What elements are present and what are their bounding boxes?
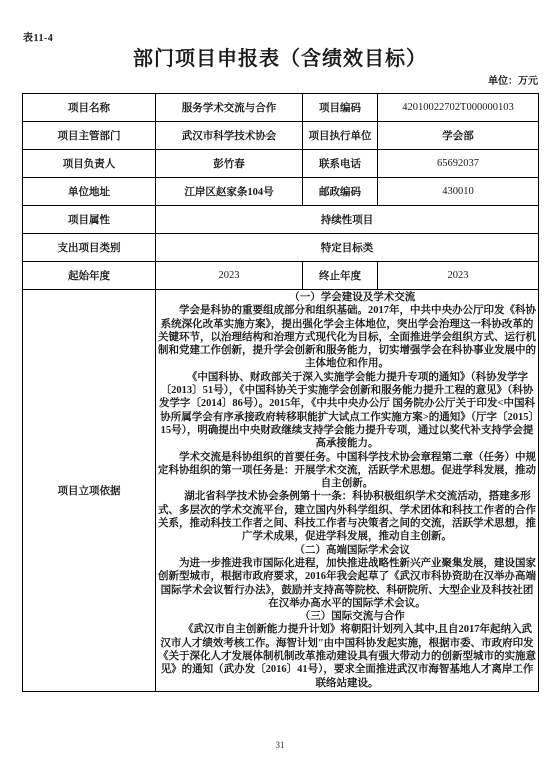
table-row: 项目负责人 彭竹春 联系电话 65692037	[23, 150, 539, 178]
table-row: 起始年度 2023 终止年度 2023	[23, 262, 539, 290]
expenditure-category-value: 特定目标类	[156, 234, 539, 262]
postal-code-label: 邮政编码	[303, 178, 378, 206]
basis-paragraph: 学会是科协的重要组成部分和组织基础。2017年，中共中央办公厅印发《科协系统深化…	[158, 304, 536, 370]
basis-content: （一）学会建设及学术交流 学会是科协的重要组成部分和组织基础。2017年，中共中…	[156, 290, 539, 692]
basis-paragraph: 学术交流是科协组织的首要任务。中国科学技术协会章程第二章（任务）中规定科协组织的…	[158, 451, 536, 491]
basis-paragraph: 为进一步推进我市国际化进程，加快推进战略性新兴产业聚集发展，建设国家创新型城市，…	[158, 557, 536, 610]
end-year-label: 终止年度	[303, 262, 378, 290]
project-leader-value: 彭竹春	[156, 150, 303, 178]
table-row: 项目属性 持续性项目	[23, 206, 539, 234]
basis-section-heading: （二）高端国际学术会议	[158, 544, 536, 557]
basis-paragraph: 湖北省科学技术协会条例第十一条：科协积极组织学术交流活动，搭建多形式、多层次的学…	[158, 490, 536, 543]
basis-section-heading: （三）国际交流与合作	[158, 610, 536, 623]
project-name-value: 服务学术交流与合作	[156, 94, 303, 122]
table-row: 项目立项依据 （一）学会建设及学术交流 学会是科协的重要组成部分和组织基础。20…	[23, 290, 539, 692]
page-number: 31	[0, 740, 560, 750]
postal-code-value: 430010	[378, 178, 539, 206]
unit-address-value: 江岸区赵家条104号	[156, 178, 303, 206]
document-page: 表11-4 部门项目申报表（含绩效目标） 单位：万元 项目名称 服务学术交流与合…	[0, 0, 560, 759]
contact-phone-label: 联系电话	[303, 150, 378, 178]
basis-label: 项目立项依据	[23, 290, 156, 692]
supervisor-dept-label: 项目主管部门	[23, 122, 156, 150]
basis-paragraph: 《武汉市自主创新能力提升计划》将朝阳计划列入其中,且自2017年起纳入武汉市人才…	[158, 623, 536, 689]
project-attribute-label: 项目属性	[23, 206, 156, 234]
table-row: 单位地址 江岸区赵家条104号 邮政编码 430010	[23, 178, 539, 206]
executing-unit-label: 项目执行单位	[303, 122, 378, 150]
project-code-label: 项目编码	[303, 94, 378, 122]
executing-unit-value: 学会部	[378, 122, 539, 150]
project-attribute-value: 持续性项目	[156, 206, 539, 234]
start-year-label: 起始年度	[23, 262, 156, 290]
supervisor-dept-value: 武汉市科学技术协会	[156, 122, 303, 150]
unit-note: 单位：万元	[488, 72, 538, 87]
application-form-table: 项目名称 服务学术交流与合作 项目编码 42010022702T00000010…	[22, 93, 539, 692]
contact-phone-value: 65692037	[378, 150, 539, 178]
end-year-value: 2023	[378, 262, 539, 290]
project-leader-label: 项目负责人	[23, 150, 156, 178]
table-row: 支出项目类别 特定目标类	[23, 234, 539, 262]
project-name-label: 项目名称	[23, 94, 156, 122]
basis-paragraph: 《中国科协、财政部关于深入实施学会能力提升专项的通知》（科协发学字〔2013〕5…	[158, 371, 536, 451]
project-code-value: 42010022702T000000103	[378, 94, 539, 122]
unit-address-label: 单位地址	[23, 178, 156, 206]
basis-section-heading: （一）学会建设及学术交流	[158, 291, 536, 304]
start-year-value: 2023	[156, 262, 303, 290]
page-title: 部门项目申报表（含绩效目标）	[0, 42, 560, 71]
table-row: 项目主管部门 武汉市科学技术协会 项目执行单位 学会部	[23, 122, 539, 150]
table-row: 项目名称 服务学术交流与合作 项目编码 42010022702T00000010…	[23, 94, 539, 122]
expenditure-category-label: 支出项目类别	[23, 234, 156, 262]
